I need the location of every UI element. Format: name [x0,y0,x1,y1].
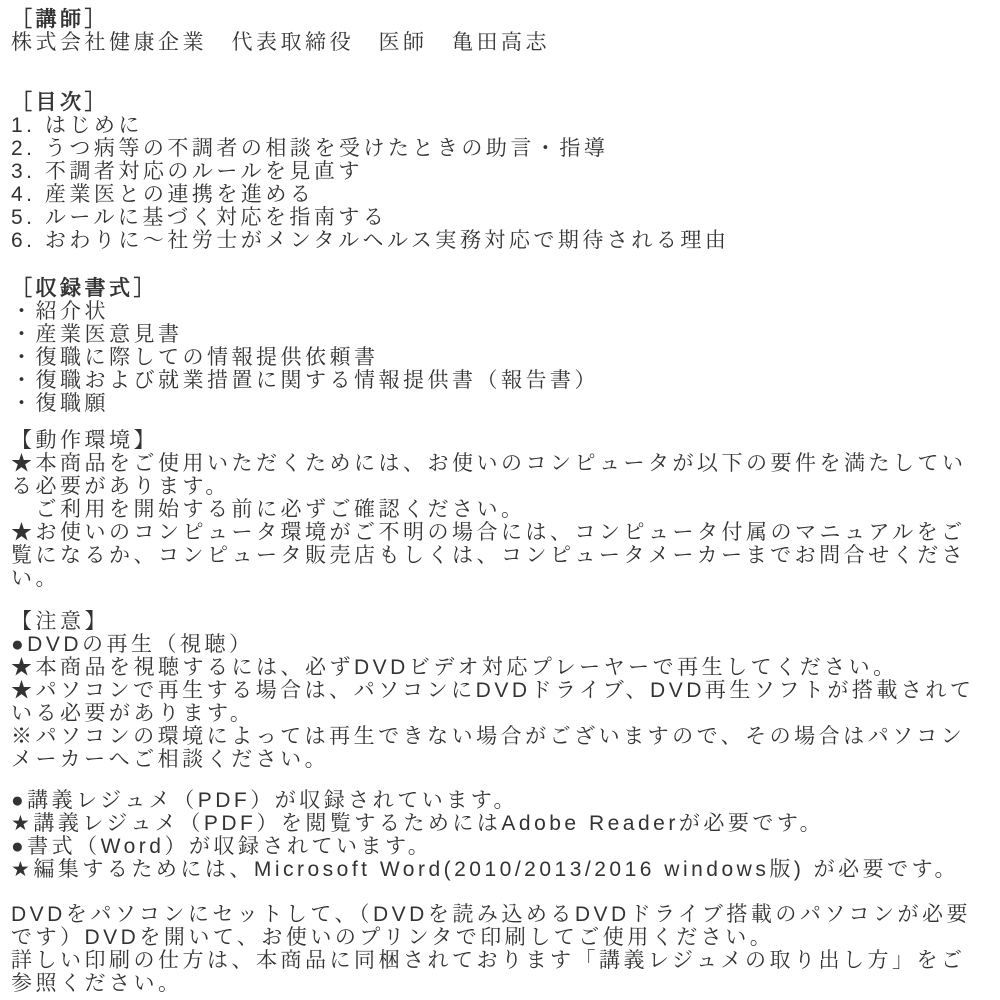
section-included-contents-notes: ●講義レジュメ（PDF）が収録されています。 ★講義レジュメ（PDF）を閲覧する… [11,789,996,881]
included-forms-heading: ［収録書式］ [11,277,996,300]
section-table-of-contents: ［目次］ 1. はじめに 2. うつ病等の不調者の相談を受けたときの助言・指導 … [11,91,996,252]
caution-body: ●DVDの再生（視聴） ★本商品を視聴するには、必ずDVDビデオ対応プレーヤーで… [11,633,996,771]
operating-environment-body: ★本商品をご使用いただくためには、お使いのコンピュータが以下の要件を満たしてい … [11,452,996,590]
lecturer-body: 株式会社健康企業 代表取締役 医師 亀田高志 [11,31,996,54]
toc-list: 1. はじめに 2. うつ病等の不調者の相談を受けたときの助言・指導 3. 不調… [11,114,996,252]
included-forms-list: ・紹介状 ・産業医意見書 ・復職に際しての情報提供依頼書 ・復職および就業措置に… [11,300,996,415]
section-caution: 【注意】 ●DVDの再生（視聴） ★本商品を視聴するには、必ずDVDビデオ対応プ… [11,610,996,771]
toc-heading: ［目次］ [11,91,996,114]
operating-environment-heading: 【動作環境】 [11,429,996,452]
included-contents-notes-body: ●講義レジュメ（PDF）が収録されています。 ★講義レジュメ（PDF）を閲覧する… [11,789,996,881]
section-included-forms: ［収録書式］ ・紹介状 ・産業医意見書 ・復職に際しての情報提供依頼書 ・復職お… [11,277,996,415]
lecturer-heading: ［講師］ [11,8,996,31]
caution-heading: 【注意】 [11,610,996,633]
section-operating-environment: 【動作環境】 ★本商品をご使用いただくためには、お使いのコンピュータが以下の要件… [11,429,996,590]
section-print-instructions: DVDをパソコンにセットして、（DVDを読み込めるDVDドライブ搭載のパソコンが… [11,903,996,995]
page: { "page": { "background": "#ffffff", "te… [0,0,1000,1000]
product-description-document: ［講師］ 株式会社健康企業 代表取締役 医師 亀田高志 ［目次］ 1. はじめに… [0,0,1000,1000]
section-lecturer: ［講師］ 株式会社健康企業 代表取締役 医師 亀田高志 [11,8,996,54]
print-instructions-body: DVDをパソコンにセットして、（DVDを読み込めるDVDドライブ搭載のパソコンが… [11,903,996,995]
